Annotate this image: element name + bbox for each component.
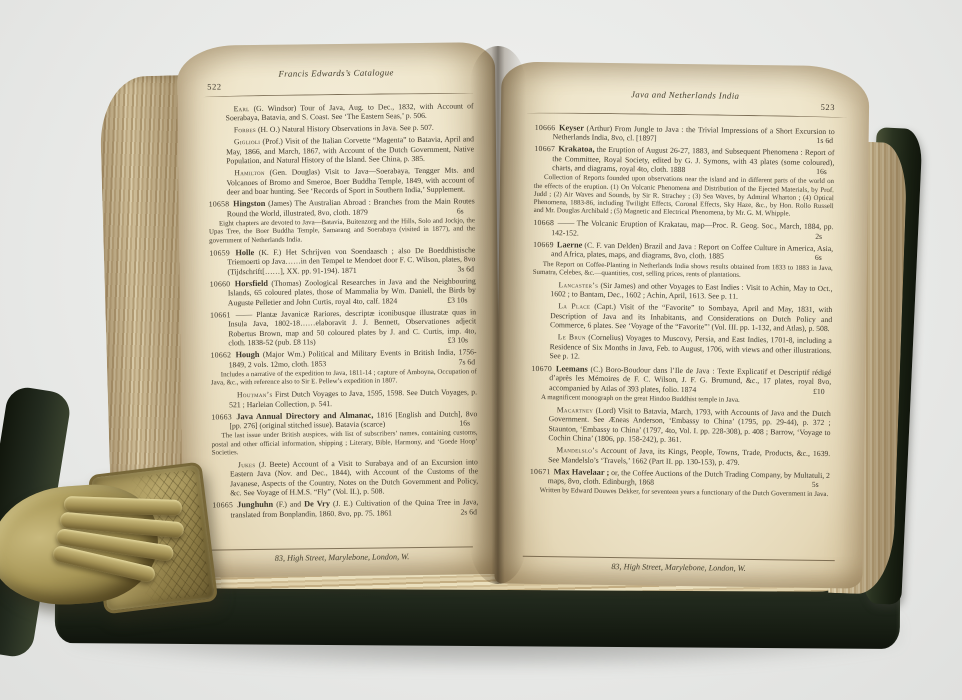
catalog-entry-10659: 10659 Holle (K. F.) Het Schrijven von So… (209, 245, 475, 277)
catalog-xref-giglioli: Giglioli (Prof.) Visit of the Italian Co… (208, 135, 474, 167)
left-page-text-column: Earl (G. Windsor) Tour of Java, Aug. to … (177, 94, 501, 554)
catalog-xref-earl: Earl (G. Windsor) Tour of Java, Aug. to … (207, 101, 473, 123)
catalog-entry-10667: 10667 Krakatoa, the Eruption of August 2… (534, 144, 834, 177)
page-number-522: 522 (207, 82, 221, 91)
entry-note: Collection of Reports founded upon obser… (534, 174, 835, 220)
catalog-entry-10665: 10665 Junghuhn (F.) and De Vry (J. E.) C… (212, 498, 478, 520)
catalog-xref-jukes: Jukes (J. Beete) Account of a Visit to S… (212, 457, 478, 498)
entry-note: Includes a narrative of the expedition t… (211, 368, 477, 388)
catalog-xref-lebrun: Le Brun (Cornelius) Voyages to Muscovy, … (531, 332, 831, 365)
catalog-entry-10670: 10670 Leemans (C.) Boro-Boudour dans l’I… (531, 363, 831, 396)
catalog-xref-forbes: Forbes (H. O.) Natural History Observati… (208, 123, 474, 136)
catalog-xref-mandelslo: Mandelslo’s Account of Java, its Kings, … (530, 445, 830, 468)
catalog-entry-10669: 10669 Laerne (C. F. van Delden) Brazil a… (533, 240, 833, 263)
right-page: Java and Netherlands India 523 10666 Key… (494, 61, 869, 588)
catalog-entry-10662: 10662 Hough (Major Wm.) Political and Mi… (210, 348, 476, 370)
catalog-entry-10658: 10658 Hingston (James) The Australian Ab… (209, 197, 475, 219)
catalog-xref-laplace: La Place (Capt.) Visit of the “Favorite”… (532, 301, 832, 334)
right-page-text-column: 10666 Keyser (Arthur) From Jungle to Jav… (495, 113, 869, 562)
catalog-xref-houtman: Houtman’s First Dutch Voyages to Java, 1… (211, 387, 477, 409)
entry-note: The last issue under British auspices, w… (211, 430, 477, 458)
running-title-right: Java and Netherlands India (501, 87, 869, 102)
page-number-523: 523 (821, 103, 835, 112)
catalog-xref-lancaster: Lancaster’s (Sir James) and other Voyage… (532, 280, 832, 303)
catalog-entry-10663: 10663 Java Annual Directory and Almanac,… (211, 409, 477, 431)
catalog-entry-10660: 10660 Horsfield (Thomas) Zoological Rese… (210, 276, 476, 308)
right-page-footer: 83, High Street, Marylebone, London, W. (521, 556, 837, 574)
running-title-left: Francis Edwards’s Catalogue (177, 66, 495, 80)
catalog-entry-10666: 10666 Keyser (Arthur) From Jungle to Jav… (535, 123, 835, 146)
left-page-header: Francis Edwards’s Catalogue 522 (177, 42, 496, 98)
price: £3 10s (465, 295, 476, 305)
brass-hand-paperweight (0, 452, 222, 636)
catalog-xref-macartney: Macartney (Lord) Visit to Batavia, March… (530, 404, 831, 446)
catalog-entry-10671: 10671 Max Havelaar ; or, the Coffee Auct… (530, 467, 830, 490)
left-page: Francis Edwards’s Catalogue 522 Earl (G.… (177, 42, 501, 578)
catalog-entry-10668: 10668 —— The Volcanic Eruption of Krakat… (533, 218, 833, 241)
photo-scene: Francis Edwards’s Catalogue 522 Earl (G.… (0, 0, 962, 700)
catalog-xref-hamilton: Hamilton (Gen. Douglas) Visit to Java—So… (208, 166, 474, 198)
right-page-header: Java and Netherlands India 523 (501, 61, 870, 118)
price: £3 10s (466, 336, 477, 346)
catalog-entry-10661: 10661 —— Plantæ Javanicæ Rariores, descr… (210, 307, 476, 348)
left-page-footer: 83, High Street, Marylebone, London, W. (209, 546, 475, 563)
entry-note: The Report on Coffee-Planting in Netherl… (533, 260, 833, 281)
entry-note: Eight chapters are devoted to Java—Batav… (209, 217, 475, 245)
